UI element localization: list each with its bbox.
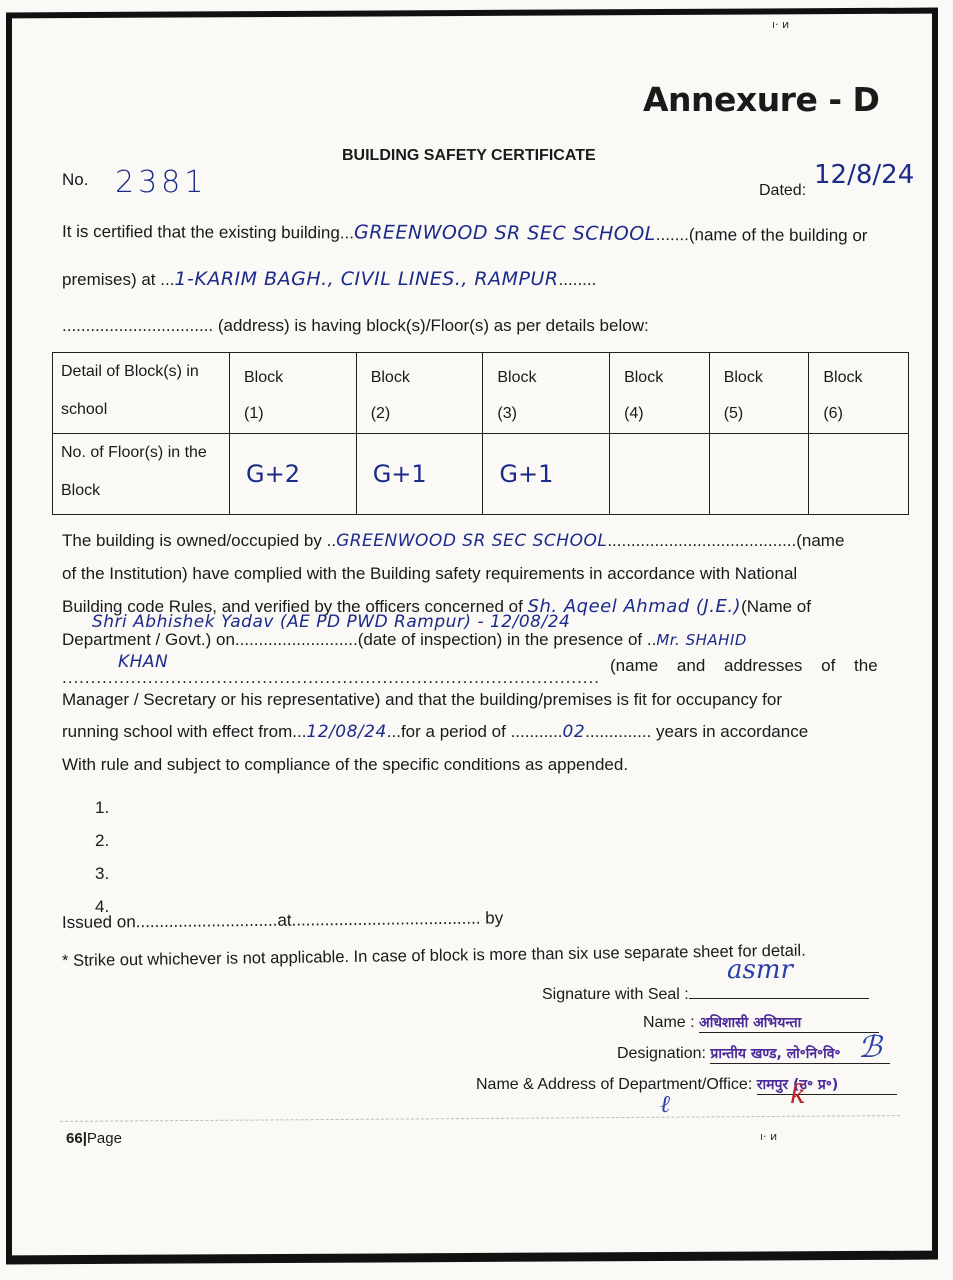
ownership-line-4: Department / Govt.) on..................… <box>62 630 747 650</box>
cert-line-building: It is certified that the existing buildi… <box>62 220 868 246</box>
block-index: (2) <box>371 405 475 423</box>
ownership-line-6: Manager / Secretary or his representativ… <box>62 690 782 710</box>
floor-value: G+1 <box>491 438 601 488</box>
ownership-prefix: The building is owned/occupied by .. <box>62 531 336 550</box>
name-value: अधिशासी अभियन्ता <box>699 1013 879 1033</box>
signature-label: Signature with Seal : <box>542 986 689 1003</box>
floor-value: G+1 <box>365 438 475 488</box>
officer2-value: Shri Abhishek Yadav (AE PD PWD Rampur) -… <box>92 612 570 632</box>
floor-value <box>618 438 701 460</box>
name-label: Name : <box>643 1014 695 1031</box>
floor-value <box>817 438 900 460</box>
designation-row: Designation: प्रान्तीय खण्ड, लो॰नि॰वि॰ <box>617 1044 890 1064</box>
block-header-cell: Block(2) <box>356 353 483 434</box>
period-suffix: .............. years in accordance <box>585 722 808 741</box>
certificate-number: 2381 <box>115 165 207 200</box>
department-value: रामपुर (उ॰ प्र॰) <box>757 1075 897 1095</box>
inspection-prefix: Department / Govt.) on..................… <box>62 630 656 649</box>
certificate-page: ı· ᴎ Annexure - D BUILDING SAFETY CERTIF… <box>0 0 953 1280</box>
block-word: Block <box>724 369 801 387</box>
floor-value: G+2 <box>238 438 348 488</box>
block-word: Block <box>371 369 475 387</box>
corner-mark: ı· ᴎ <box>772 18 789 31</box>
cert-line1-suffix: .......(name of the building or <box>656 225 868 245</box>
certificate-title: BUILDING SAFETY CERTIFICATE <box>342 147 596 165</box>
second-signature-mark: ℓ <box>660 1090 670 1119</box>
blocks-table: Detail of Block(s) in school Block(1) Bl… <box>52 352 909 515</box>
block-word: Block <box>823 369 900 387</box>
floor-value <box>718 438 801 460</box>
cert-line2-suffix: ........ <box>559 270 597 289</box>
cert-line-details: ................................ (addres… <box>62 316 649 336</box>
block-word: Block <box>244 369 348 387</box>
floor-cell: G+1 <box>356 434 483 515</box>
condition-3: 3. <box>95 864 109 884</box>
block-index: (4) <box>624 405 701 423</box>
effect-date-value: 12/08/24 <box>306 722 386 742</box>
block-header-cell: Block(3) <box>483 353 610 434</box>
block-word: Block <box>624 369 701 387</box>
block-index: (6) <box>823 405 900 423</box>
bottom-mark: ı· ᴎ <box>760 1130 777 1143</box>
period-prefix: ...for a period of ........... <box>387 722 563 741</box>
ownership-line-1: The building is owned/occupied by ..GREE… <box>62 531 844 551</box>
cert-line1-prefix: It is certified that the existing buildi… <box>62 222 354 243</box>
initials-mark: ℬ <box>858 1030 882 1065</box>
row-header-floors: No. of Floor(s) in the Block <box>53 434 230 515</box>
condition-2: 2. <box>95 831 109 851</box>
floor-cell: G+2 <box>230 434 357 515</box>
block-header-cell: Block(6) <box>809 353 909 434</box>
condition-1: 1. <box>95 798 109 818</box>
row-header-blocks: Detail of Block(s) in school <box>53 353 230 434</box>
cert-line2-prefix: premises) at ... <box>62 270 174 289</box>
department-row: Name & Address of Department/Office: राम… <box>476 1075 897 1095</box>
effect-prefix: running school with effect from... <box>62 722 306 741</box>
presence-name-value: Mr. SHAHID <box>656 631 747 649</box>
owner-value: GREENWOOD SR SEC SCHOOL <box>336 531 607 551</box>
cert-line-address: premises) at ...1-KARIM BAGH., CIVIL LIN… <box>62 268 596 290</box>
table-row: No. of Floor(s) in the Block G+2 G+1 G+1 <box>53 434 909 515</box>
page-footer: 66|Page <box>66 1130 122 1147</box>
ownership-suffix: ........................................… <box>607 531 844 550</box>
block-index: (3) <box>497 405 601 423</box>
table-row: Detail of Block(s) in school Block(1) Bl… <box>53 353 909 434</box>
dated-value: 12/8/24 <box>814 160 914 190</box>
ownership-line-7: running school with effect from...12/08/… <box>62 722 808 742</box>
building-name-value: GREENWOOD SR SEC SCHOOL <box>354 221 656 245</box>
block-header-cell: Block(1) <box>230 353 357 434</box>
period-value: 02 <box>563 722 586 742</box>
signature-scrawl: asmr <box>727 955 793 985</box>
dots: ........................................… <box>62 668 600 687</box>
number-label: No. <box>62 170 88 190</box>
block-header-cell: Block(4) <box>610 353 710 434</box>
floor-cell <box>809 434 909 515</box>
signature-row: Signature with Seal : <box>542 984 869 1004</box>
department-label: Name & Address of Department/Office: <box>476 1076 752 1093</box>
signature-line <box>689 984 869 999</box>
address-value: 1-KARIM BAGH., CIVIL LINES., RAMPUR <box>174 268 558 290</box>
floor-cell <box>709 434 809 515</box>
verified-suffix: (Name of <box>741 597 811 616</box>
ownership-line-8: With rule and subject to compliance of t… <box>62 755 628 775</box>
ownership-line-5-suffix: (name and addresses of the <box>610 656 878 676</box>
designation-label: Designation: <box>617 1045 706 1062</box>
block-index: (5) <box>724 405 801 423</box>
page-number: 66 <box>66 1130 83 1147</box>
floor-cell <box>610 434 710 515</box>
ownership-line-5: ........................................… <box>62 668 600 688</box>
dated-label: Dated: <box>759 182 806 200</box>
block-header-cell: Block(5) <box>709 353 809 434</box>
red-initial-mark: ƙ <box>790 1080 806 1110</box>
ownership-line-2: of the Institution) have complied with t… <box>62 564 797 584</box>
annexure-heading: Annexure - D <box>643 80 879 119</box>
block-index: (1) <box>244 405 348 423</box>
name-row: Name : अधिशासी अभियन्ता <box>643 1013 879 1033</box>
page-label: Page <box>87 1130 122 1147</box>
block-word: Block <box>497 369 601 387</box>
floor-cell: G+1 <box>483 434 610 515</box>
